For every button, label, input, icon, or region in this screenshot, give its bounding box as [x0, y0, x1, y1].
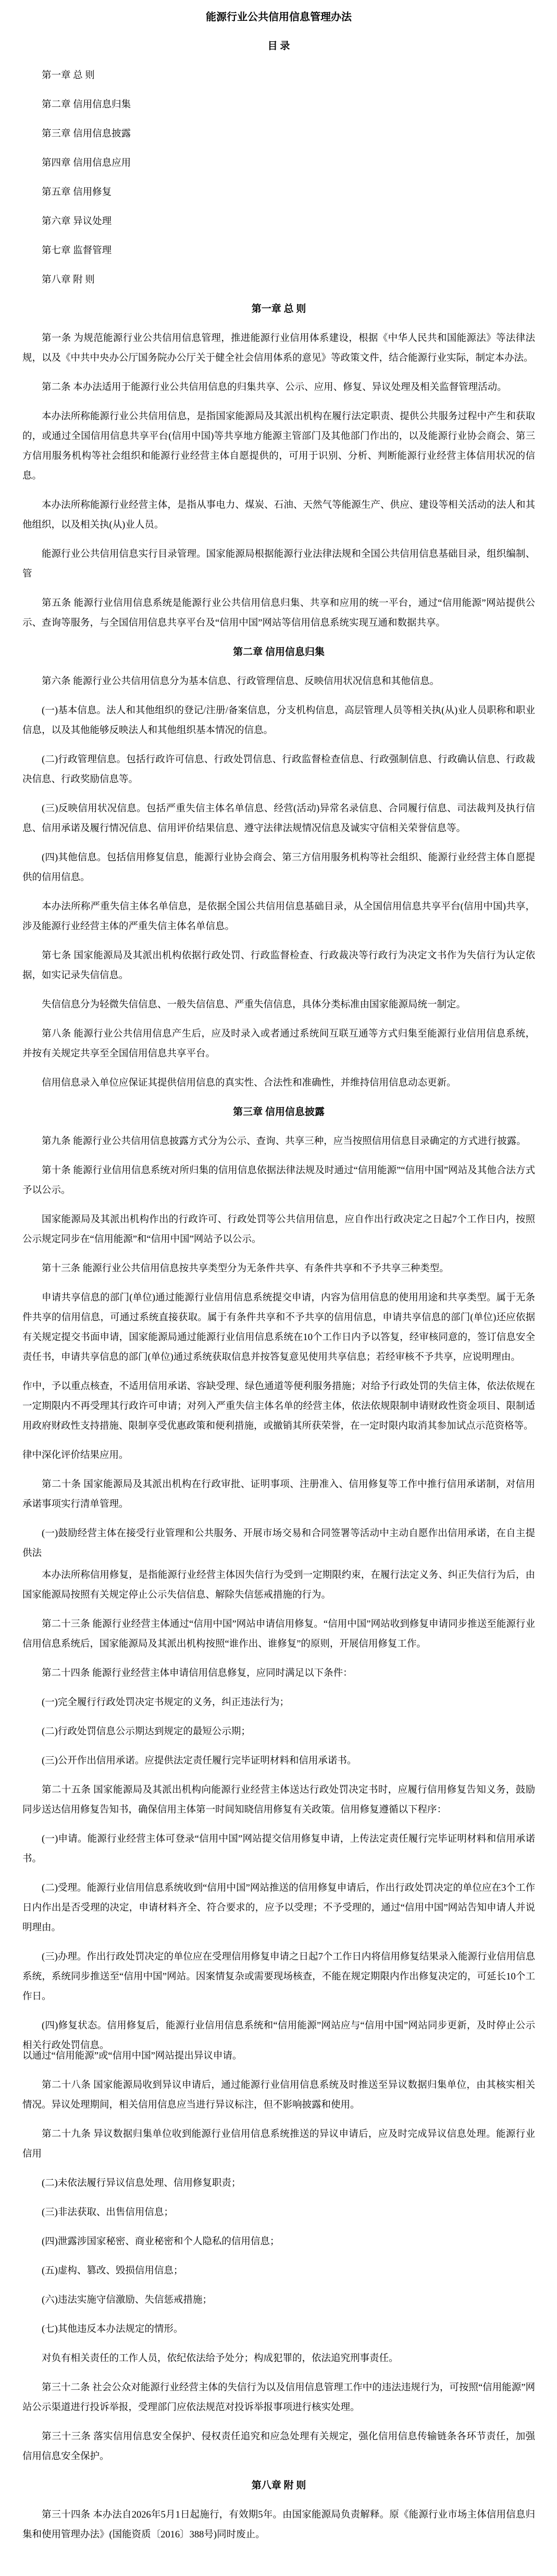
body-paragraph: (四)泄露涉国家秘密、商业秘密和个人隐私的信用信息；	[22, 2232, 535, 2252]
body-paragraph: 第五条 能源行业信用信息系统是能源行业公共信用信息归集、共享和应用的统一平台，通…	[22, 593, 535, 633]
document-body: 第一章 总 则第一条 为规范能源行业公共信用信息管理，推进能源行业信用体系建设，…	[22, 299, 535, 2545]
body-paragraph: 第二条 本办法适用于能源行业公共信用信息的归集共享、公示、应用、修复、异议处理及…	[22, 378, 535, 397]
body-paragraph: 第二十三条 能源行业经营主体通过“信用中国”网站申请信用修复。“信用中国”网站收…	[22, 1614, 535, 1654]
body-paragraph: 第一条 为规范能源行业公共信用信息管理，推进能源行业信用体系建设，根据《中华人民…	[22, 329, 535, 368]
body-paragraph: (一)基本信息。法人和其他组织的登记/注册/备案信息，分支机构信息，高层管理人员…	[22, 701, 535, 740]
document-title: 能源行业公共信用信息管理办法	[22, 7, 535, 27]
body-paragraph: 本办法所称能源行业公共信用信息，是指国家能源局及其派出机构在履行法定职责、提供公…	[22, 407, 535, 486]
body-paragraph: (二)受理。能源行业信用信息系统收到“信用中国”网站推送的信用修复申请后，作出行…	[22, 1878, 535, 1938]
body-paragraph: 第二十四条 能源行业经营主体申请信用信息修复，应同时满足以下条件：	[22, 1663, 535, 1683]
body-paragraph: 以通过“信用能源”或“信用中国”网站提出异议申请。	[22, 2046, 535, 2066]
body-paragraph: 第十条 能源行业信用信息系统对所归集的信用信息依据法律法规及时通过“信用能源”“…	[22, 1161, 535, 1200]
body-paragraph: (一)鼓励经营主体在接受行业管理和公共服务、开展市场交易和合同签署等活动中主动自…	[22, 1524, 535, 1563]
body-paragraph: 第二十九条 异议数据归集单位收到能源行业信用信息系统推送的异议申请后，应及时完成…	[22, 2124, 535, 2164]
body-paragraph: 本办法所称能源行业经营主体，是指从事电力、煤炭、石油、天然气等能源生产、供应、建…	[22, 495, 535, 535]
body-paragraph: 第三十四条 本办法自2026年5月1日起施行，有效期5年。由国家能源局负责解释。…	[22, 2505, 535, 2545]
body-paragraph: 第二十八条 国家能源局收到异议申请后，通过能源行业信用信息系统及时推送至异议数据…	[22, 2075, 535, 2115]
body-paragraph: 作中，予以重点核查，不适用信用承诺、容缺受理、绿色通道等便利服务措施；对给予行政…	[22, 1377, 535, 1436]
toc-item: 第五章 信用修复	[22, 183, 535, 202]
body-paragraph: 第六条 能源行业公共信用信息分为基本信息、行政管理信息、反映信用状况信息和其他信…	[22, 672, 535, 691]
toc: 第一章 总 则第二章 信用信息归集第三章 信用信息披露第四章 信用信息应用第五章…	[22, 66, 535, 290]
toc-item: 第八章 附 则	[22, 270, 535, 290]
toc-item: 第三章 信用信息披露	[22, 124, 535, 144]
body-paragraph: 本办法所称信用修复，是指能源行业经营主体因失信行为受到一定期限约束，在履行法定义…	[22, 1565, 535, 1605]
body-paragraph: (三)办理。作出行政处罚决定的单位应在受理信用修复申请之日起7个工作日内将信用修…	[22, 1947, 535, 2007]
body-paragraph: 第二十五条 国家能源局及其派出机构向能源行业经营主体送达行政处罚决定书时，应履行…	[22, 1780, 535, 1820]
body-paragraph: 能源行业公共信用信息实行目录管理。国家能源局根据能源行业法律法规和全国公共信用信…	[22, 544, 535, 584]
body-paragraph: 申请共享信息的部门(单位)通过能源行业信用信息系统提交申请，内容为信用信息的使用…	[22, 1288, 535, 1367]
body-paragraph: 第八条 能源行业公共信用信息产生后，应及时录入或者通过系统间互联互通等方式归集至…	[22, 1024, 535, 1064]
body-paragraph: 第三十二条 社会公众对能源行业经营主体的失信行为以及信用信息管理工作中的违法违规…	[22, 2378, 535, 2417]
body-paragraph: (七)其他违反本办法规定的情形。	[22, 2319, 535, 2339]
body-paragraph: (四)其他信息。包括信用修复信息，能源行业协会商会、第三方信用服务机构等社会组织…	[22, 848, 535, 888]
document-page: 能源行业公共信用信息管理办法 目 录 第一章 总 则第二章 信用信息归集第三章 …	[0, 0, 557, 2576]
chapter-heading: 第一章 总 则	[22, 299, 535, 319]
body-paragraph: 本办法所称严重失信主体名单信息，是依据全国公共信用信息基础目录，从全国信用信息共…	[22, 897, 535, 937]
body-paragraph: (五)虚构、篡改、毁损信用信息；	[22, 2261, 535, 2281]
body-paragraph: 国家能源局及其派出机构作出的行政许可、行政处罚等公共信用信息，应自作出行政决定之…	[22, 1210, 535, 1249]
toc-item: 第一章 总 则	[22, 66, 535, 86]
body-paragraph: (一)申请。能源行业经营主体可登录“信用中国”网站提交信用修复申请，上传法定责任…	[22, 1829, 535, 1869]
toc-item: 第六章 异议处理	[22, 212, 535, 232]
toc-heading: 目 录	[22, 37, 535, 56]
toc-item: 第二章 信用信息归集	[22, 95, 535, 115]
body-paragraph: (六)违法实施守信激励、失信惩戒措施；	[22, 2290, 535, 2310]
body-paragraph: 信用信息录入单位应保证其提供信用信息的真实性、合法性和准确性，并维持信用信息动态…	[22, 1073, 535, 1093]
body-paragraph: 失信信息分为轻微失信信息、一般失信信息、严重失信信息，具体分类标准由国家能源局统…	[22, 995, 535, 1015]
toc-item: 第七章 监督管理	[22, 241, 535, 261]
body-paragraph: 律中深化评价结果应用。	[22, 1445, 535, 1465]
body-paragraph: (二)行政管理信息。包括行政许可信息、行政处罚信息、行政监督检查信息、行政强制信…	[22, 750, 535, 789]
body-paragraph: (三)非法获取、出售信用信息；	[22, 2203, 535, 2222]
body-paragraph: 第十三条 能源行业公共信用信息按共享类型分为无条件共享、有条件共享和不予共享三种…	[22, 1259, 535, 1279]
body-paragraph: (二)未依法履行异议信息处理、信用修复职责；	[22, 2173, 535, 2193]
body-paragraph: 第二十条 国家能源局及其派出机构在行政审批、证明事项、注册准入、信用修复等工作中…	[22, 1475, 535, 1514]
body-paragraph: (二)行政处罚信息公示期达到规定的最短公示期；	[22, 1722, 535, 1742]
chapter-heading: 第二章 信用信息归集	[22, 642, 535, 662]
body-paragraph: (一)完全履行行政处罚决定书规定的义务，纠正违法行为；	[22, 1693, 535, 1712]
body-paragraph: 第三十三条 落实信用信息安全保护、侵权责任追究和应急处理有关规定，强化信用信息传…	[22, 2427, 535, 2466]
chapter-heading: 第八章 附 则	[22, 2476, 535, 2496]
body-paragraph: 第七条 国家能源局及其派出机构依据行政处罚、行政监督检查、行政裁决等行政行为决定…	[22, 946, 535, 986]
body-paragraph: (三)公开作出信用承诺。应提供法定责任履行完毕证明材料和信用承诺书。	[22, 1751, 535, 1771]
toc-item: 第四章 信用信息应用	[22, 153, 535, 173]
body-paragraph: 第九条 能源行业公共信用信息披露方式分为公示、查询、共享三种，应当按照信用信息目…	[22, 1132, 535, 1151]
chapter-heading: 第三章 信用信息披露	[22, 1102, 535, 1122]
body-paragraph: 对负有相关责任的工作人员，依纪依法给予处分；构成犯罪的，依法追究刑事责任。	[22, 2349, 535, 2368]
body-paragraph: (三)反映信用状况信息。包括严重失信主体名单信息、经营(活动)异常名录信息、合同…	[22, 799, 535, 839]
